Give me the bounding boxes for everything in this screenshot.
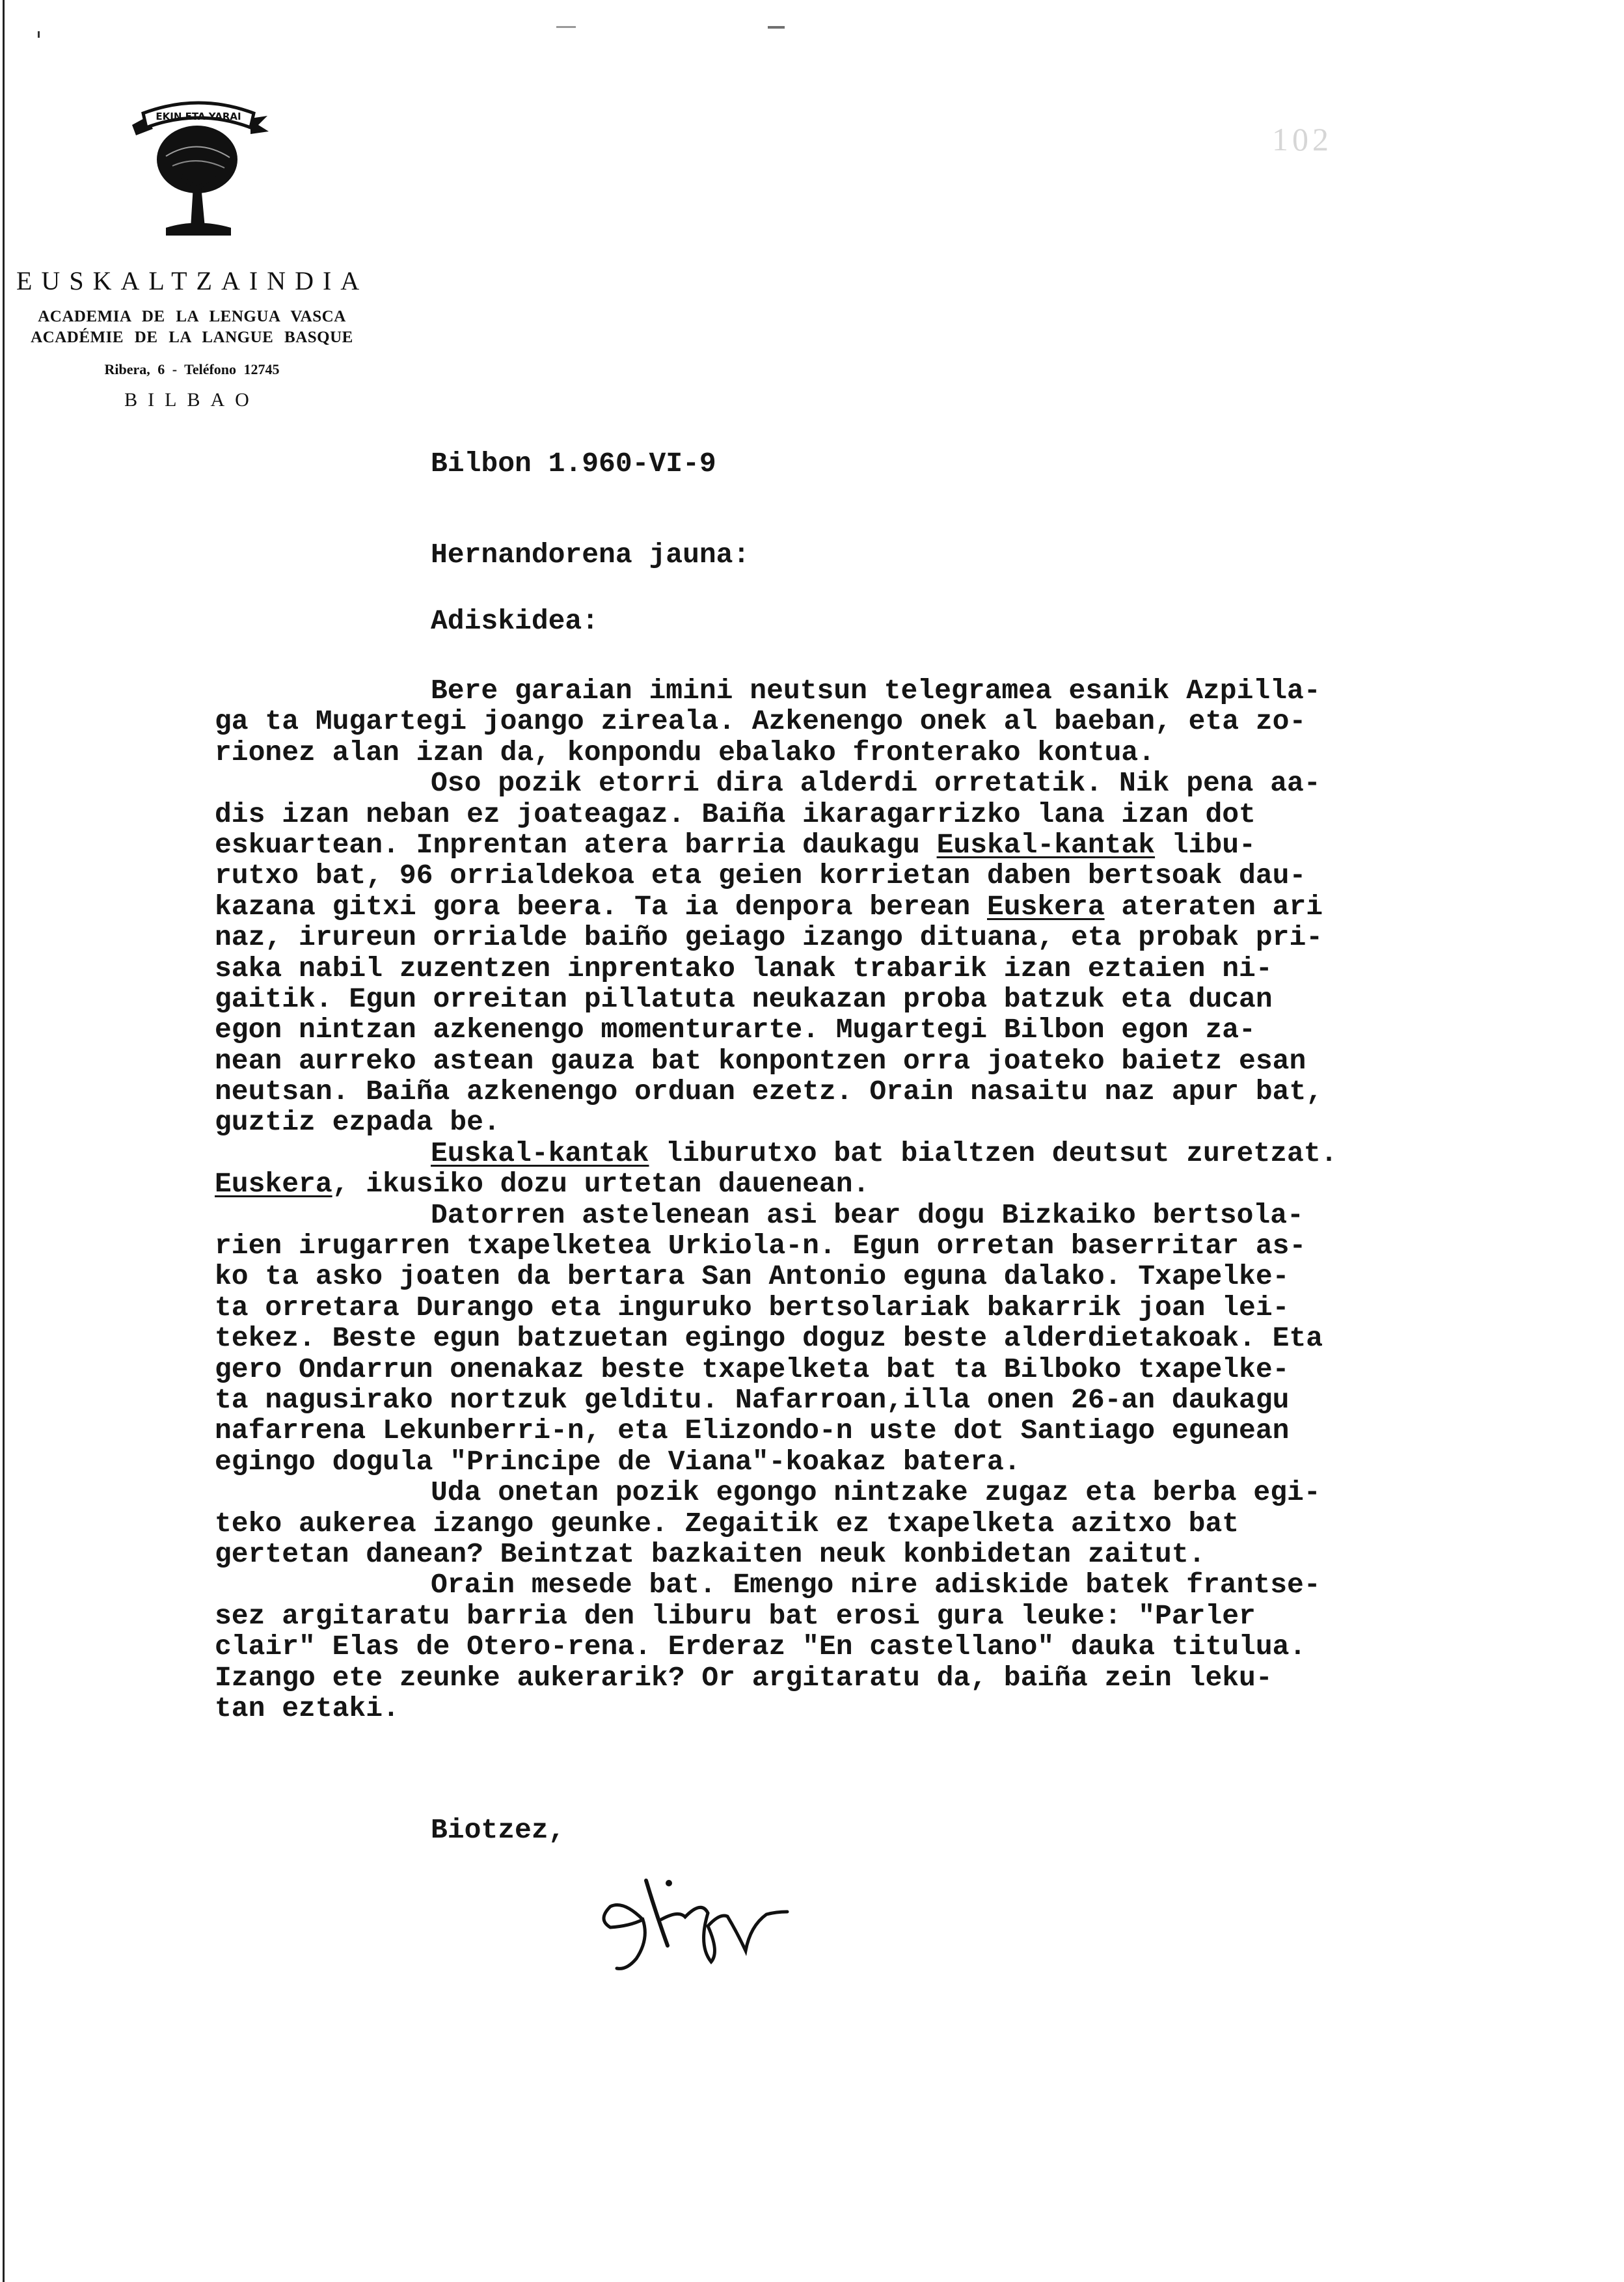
letter-text: egingo dogula "Principe de Viana"-koakaz…: [215, 1446, 1021, 1478]
letter-text: dis izan neban ez joateagaz. Baiña ikara…: [215, 798, 1256, 830]
academy-city: BILBAO: [16, 389, 368, 411]
underlined-title: Euskal-kantak: [431, 1137, 649, 1169]
scan-left-border: [3, 0, 5, 2282]
letter-text: naz, irureun orrialde baiño geiago izang…: [215, 921, 1323, 953]
letter-line: Oso pozik etorri dira alderdi orretatik.…: [215, 768, 1542, 798]
letter-line: guztiz ezpada be.: [215, 1107, 1542, 1137]
letter-body: Bere garaian imini neutsun telegramea es…: [215, 675, 1542, 1724]
tree-logo-icon: EKIN ETA YARAI: [120, 98, 277, 241]
svg-text:EKIN ETA YARAI: EKIN ETA YARAI: [156, 111, 241, 122]
letter-text: neutsan. Baiña azkenengo orduan ezetz. O…: [215, 1076, 1323, 1107]
letter-line: kazana gitxi gora beera. Ta ia denpora b…: [215, 891, 1542, 922]
letter-text: kazana gitxi gora beera. Ta ia denpora b…: [215, 891, 987, 923]
letter-text: Izango ete zeunke aukerarik? Or argitara…: [215, 1662, 1273, 1694]
letter-text: ta orretara Durango eta inguruko bertsol…: [215, 1292, 1289, 1324]
letter-line: Euskera, ikusiko dozu urtetan dauenean.: [215, 1169, 1542, 1199]
letter-line: rutxo bat, 96 orrialdekoa eta geien korr…: [215, 860, 1542, 891]
letter-line: Euskal-kantak liburutxo bat bialtzen deu…: [215, 1138, 1542, 1169]
letter-line: naz, irureun orrialde baiño geiago izang…: [215, 922, 1542, 953]
letter-line: gertetan danean? Beintzat bazkaiten neuk…: [215, 1539, 1542, 1569]
letter-text: libu-: [1155, 829, 1256, 861]
underlined-title: Euskera: [215, 1168, 332, 1200]
letter-line: Datorren astelenean asi bear dogu Bizkai…: [215, 1200, 1542, 1230]
signature-scribble-icon: [552, 1874, 799, 1978]
letter-text: Uda onetan pozik egongo nintzake zugaz e…: [431, 1476, 1321, 1508]
letter-line: nean aurreko astean gauza bat konpontzen…: [215, 1046, 1542, 1076]
academy-name: EUSKALTZAINDIA: [16, 265, 368, 296]
letter-line: ko ta asko joaten da bertara San Antonio…: [215, 1261, 1542, 1292]
letter-text: nean aurreko astean gauza bat konpontzen…: [215, 1045, 1306, 1077]
letter-text: Datorren astelenean asi bear dogu Bizkai…: [431, 1199, 1304, 1231]
letter-text: ateraten ari: [1105, 891, 1323, 923]
letter-greeting: Adiskidea:: [431, 605, 599, 637]
letter-line: Orain mesede bat. Emengo nire adiskide b…: [215, 1569, 1542, 1600]
letter-text: rien irugarren txapelketea Urkiola-n. Eg…: [215, 1230, 1306, 1262]
letter-text: ga ta Mugartegi joango zireala. Azkeneng…: [215, 705, 1306, 737]
academy-name-spanish: ACADEMIA DE LA LENGUA VASCA: [16, 308, 368, 326]
letter-line: Uda onetan pozik egongo nintzake zugaz e…: [215, 1477, 1542, 1508]
letter-text: Orain mesede bat. Emengo nire adiskide b…: [431, 1569, 1321, 1601]
letter-text: clair" Elas de Otero-rena. Erderaz "En c…: [215, 1631, 1306, 1663]
letter-text: liburutxo bat bialtzen deutsut zuretzat.: [649, 1137, 1337, 1169]
letter-line: tekez. Beste egun batzuetan egingo doguz…: [215, 1323, 1542, 1353]
underlined-title: Euskal-kantak: [937, 829, 1155, 861]
letter-line: gero Ondarrun onenakaz beste txapelketa …: [215, 1354, 1542, 1385]
letter-line: ta orretara Durango eta inguruko bertsol…: [215, 1292, 1542, 1323]
letter-text: gertetan danean? Beintzat bazkaiten neuk…: [215, 1538, 1205, 1570]
letter-text: ko ta asko joaten da bertara San Antonio…: [215, 1260, 1289, 1292]
letter-line: neutsan. Baiña azkenengo orduan ezetz. O…: [215, 1076, 1542, 1107]
letter-line: gaitik. Egun orreitan pillatuta neukazan…: [215, 984, 1542, 1014]
signature: [552, 1874, 799, 1978]
letter-text: teko aukerea izango geunke. Zegaitik ez …: [215, 1508, 1239, 1540]
letter-salutation: Hernandorena jauna:: [431, 539, 750, 571]
letter-line: sez argitaratu barria den liburu bat ero…: [215, 1601, 1542, 1631]
letter-text: tekez. Beste egun batzuetan egingo doguz…: [215, 1322, 1323, 1354]
scan-speck: [768, 26, 785, 29]
letter-text: nafarrena Lekunberri-n, eta Elizondo-n u…: [215, 1415, 1289, 1447]
letter-date: Bilbon 1.960-VI-9: [431, 448, 716, 480]
letter-text: gero Ondarrun onenakaz beste txapelketa …: [215, 1353, 1289, 1385]
letter-text: rionez alan izan da, konpondu ebalako fr…: [215, 737, 1155, 768]
letter-text: Bere garaian imini neutsun telegramea es…: [431, 675, 1321, 707]
letter-text: saka nabil zuzentzen inprentako lanak tr…: [215, 953, 1273, 985]
letter-line: tan eztaki.: [215, 1693, 1542, 1724]
letter-line: clair" Elas de Otero-rena. Erderaz "En c…: [215, 1631, 1542, 1662]
letter-line: Bere garaian imini neutsun telegramea es…: [215, 675, 1542, 706]
letter-text: gaitik. Egun orreitan pillatuta neukazan…: [215, 983, 1273, 1015]
letter-line: egingo dogula "Principe de Viana"-koakaz…: [215, 1447, 1542, 1477]
archive-number-stamp: 102: [1272, 120, 1333, 158]
letter-text: egon nintzan azkenengo momenturarte. Mug…: [215, 1014, 1256, 1046]
letter-text: Oso pozik etorri dira alderdi orretatik.…: [431, 767, 1321, 799]
letter-line: eskuartean. Inprentan atera barria dauka…: [215, 830, 1542, 860]
letter-text: guztiz ezpada be.: [215, 1106, 500, 1138]
letter-line: nafarrena Lekunberri-n, eta Elizondo-n u…: [215, 1415, 1542, 1446]
letter-text: rutxo bat, 96 orrialdekoa eta geien korr…: [215, 860, 1306, 891]
letter-line: saka nabil zuzentzen inprentako lanak tr…: [215, 953, 1542, 984]
letter-text: , ikusiko dozu urtetan dauenean.: [332, 1168, 870, 1200]
scan-speck: [556, 26, 576, 28]
underlined-title: Euskera: [987, 891, 1105, 923]
letter-line: Izango ete zeunke aukerarik? Or argitara…: [215, 1663, 1542, 1693]
letter-text: ta nagusirako nortzuk gelditu. Nafarroan…: [215, 1384, 1289, 1416]
letter-line: egon nintzan azkenengo momenturarte. Mug…: [215, 1014, 1542, 1045]
letter-closing: Biotzez,: [431, 1814, 565, 1846]
academy-address: Ribera, 6 - Teléfono 12745: [16, 361, 368, 378]
letter-line: dis izan neban ez joateagaz. Baiña ikara…: [215, 799, 1542, 830]
letter-text: tan eztaki.: [215, 1692, 399, 1724]
scan-speck: [38, 31, 40, 38]
letter-line: teko aukerea izango geunke. Zegaitik ez …: [215, 1508, 1542, 1539]
letter-line: rionez alan izan da, konpondu ebalako fr…: [215, 737, 1542, 768]
academy-name-french: ACADÉMIE DE LA LANGUE BASQUE: [16, 329, 368, 347]
letter-line: rien irugarren txapelketea Urkiola-n. Eg…: [215, 1230, 1542, 1261]
letter-text: sez argitaratu barria den liburu bat ero…: [215, 1600, 1256, 1632]
letter-line: ta nagusirako nortzuk gelditu. Nafarroan…: [215, 1385, 1542, 1415]
letter-text: eskuartean. Inprentan atera barria dauka…: [215, 829, 937, 861]
letter-line: ga ta Mugartegi joango zireala. Azkeneng…: [215, 706, 1542, 737]
